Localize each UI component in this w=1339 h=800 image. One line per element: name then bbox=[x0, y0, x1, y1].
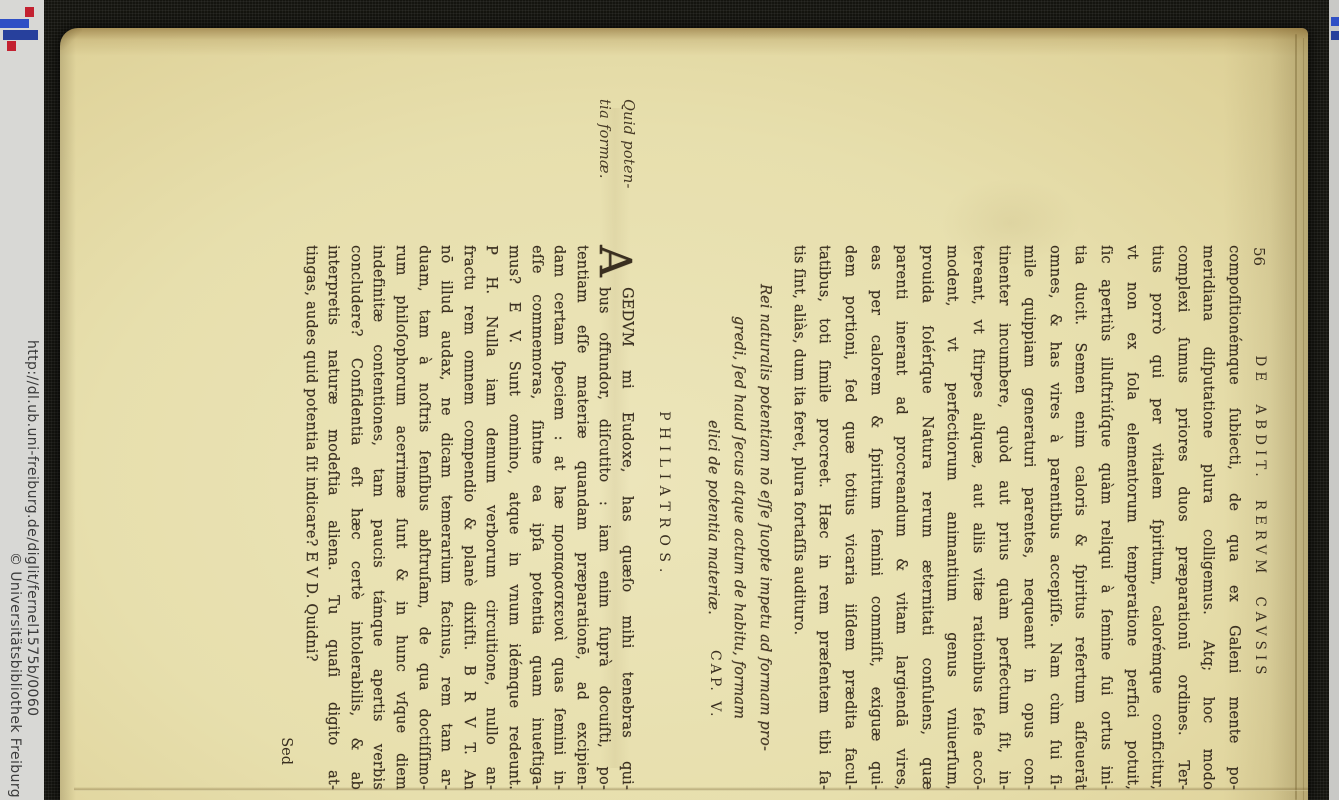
catchword: Sed bbox=[278, 245, 294, 765]
text-line: dem portioni, ſed quæ totius vicaria iiſ… bbox=[837, 245, 863, 790]
watermark-url: http://dl.ub.uni-freiburg.de/diglit/fern… bbox=[23, 340, 40, 798]
text-line: tia formæ. bbox=[592, 99, 616, 239]
text-line: prouida ſolérſque Natura rerum æternitat… bbox=[913, 245, 939, 790]
book-page: Quid poten-tia formæ. 56 DE ABDIT. RERVM… bbox=[60, 28, 1308, 800]
text-line: eſſe commemoras, ſintne ea ipſa potentia… bbox=[525, 245, 548, 790]
text-line: nō illud audax, ne dicam temerarium faci… bbox=[435, 245, 458, 790]
page-stack-edge bbox=[1303, 38, 1304, 800]
scanned-book-screenshot: http://dl.ub.uni-freiburg.de/diglit/fern… bbox=[0, 0, 1339, 800]
chapter-label: CAP. V. bbox=[707, 650, 723, 719]
text-line: indefinitæ contentiones, tam paucis támq… bbox=[367, 245, 390, 790]
text-line: bus offundor, diſcutito : iam enim ſuprà… bbox=[593, 245, 616, 790]
text-line: tentiam eſſe materiæ quandam præparation… bbox=[570, 245, 593, 790]
speaker-heading: PHILIATROS. bbox=[656, 245, 672, 745]
color-calibration-mark-blue-right1 bbox=[1331, 17, 1339, 26]
margin-note: Quid poten-tia formæ. bbox=[592, 99, 640, 239]
running-title: DE ABDIT. RERVM CAVSIS bbox=[1252, 245, 1268, 790]
watermark-copyright: © Universitätsbibliothek Freiburg bbox=[6, 552, 23, 798]
text-line: Rei naturalis potentiam nō eſſe ſuopte i… bbox=[752, 245, 778, 790]
paragraph-chapter5: GEDVM mi Eudoxe, has quæſo mihi tenebras… bbox=[299, 245, 638, 790]
text-line: mus? E V. Sunt omnino, atque in vnum idé… bbox=[502, 245, 525, 790]
paragraph-chapter4-end: compoſitionémque ſubiecti, de qua ex Gal… bbox=[785, 245, 1246, 790]
color-calibration-mark-blue-right2 bbox=[1331, 31, 1339, 40]
text-line: tereant, vt ſtirpes aliquæ, aut aliis vi… bbox=[964, 245, 990, 790]
text-line: tius porrò qui per vitalem ſpiritum, cal… bbox=[1144, 245, 1170, 790]
text-line: tatibus, toti ſimile procreet. Hæc in re… bbox=[811, 245, 837, 790]
page-corner-fold bbox=[60, 28, 82, 50]
text-line: eas per calorem & ſpiritum ſemini commiſ… bbox=[862, 245, 888, 790]
page-content-portrait: Quid poten-tia formæ. 56 DE ABDIT. RERVM… bbox=[270, 95, 1270, 795]
color-calibration-mark-red-top bbox=[25, 7, 34, 17]
color-calibration-mark-blue-bar2 bbox=[3, 30, 38, 40]
page-stack-edge bbox=[1295, 34, 1297, 800]
digitization-watermark: http://dl.ub.uni-freiburg.de/diglit/fern… bbox=[6, 340, 40, 798]
text-line: modent, vt perfectiorum animantium genus… bbox=[939, 245, 965, 790]
text-line: parenti inerant ad procreandum & vitam l… bbox=[888, 245, 914, 790]
page-header: 56 DE ABDIT. RERVM CAVSIS bbox=[1248, 245, 1268, 790]
text-line: tingas, audes quid potentia ſit indicare… bbox=[299, 245, 322, 790]
text-line: tia ducit. Semen enim caloris & ſpiritus… bbox=[1067, 245, 1093, 790]
text-line: duam, tam à noſtris ſenſibus abſtruſam, … bbox=[412, 245, 435, 790]
text-line: Quid poten- bbox=[616, 99, 640, 239]
text-line: interpretis naturæ modeſtia aliena. Tu q… bbox=[322, 245, 345, 790]
text-line: dam certam ſpeciem : at hæ προπαρασκευαὶ… bbox=[548, 245, 571, 790]
text-line: meridiana diſputatione plura colligemus.… bbox=[1195, 245, 1221, 790]
text-line: gredi, ſed haud ſecus atque actum de hab… bbox=[726, 245, 752, 790]
text-line: tis ſint, aliàs, dum ita feret, plura fo… bbox=[785, 245, 811, 790]
text-line: fractu rem omnem compendio & planè dixiſ… bbox=[457, 245, 480, 790]
text-line: GEDVM mi Eudoxe, has quæſo mihi tenebras… bbox=[615, 245, 638, 790]
text-line: tinenter incumbere, quòd aut prius quàm … bbox=[990, 245, 1016, 790]
text-line: concludere? Confidentia eſt hæc certè in… bbox=[344, 245, 367, 790]
text-line: ſic apertiùs illuſtriúſque quàm reliqui … bbox=[1092, 245, 1118, 790]
chapter-argument: CAP. V. Rei naturalis potentiam nō eſſe … bbox=[700, 245, 778, 790]
text-line: mile quippiam generaturi parentes, neque… bbox=[1016, 245, 1042, 790]
text-line: compoſitionémque ſubiecti, de qua ex Gal… bbox=[1220, 245, 1246, 790]
text-line: complexi ſumus priores duos præparationū… bbox=[1169, 245, 1195, 790]
scanner-strip-right bbox=[1329, 0, 1339, 800]
text-line: vt non ex ſola elementorum temperatione … bbox=[1118, 245, 1144, 790]
color-calibration-mark-blue-bar1 bbox=[0, 19, 29, 28]
color-calibration-mark-red-bottom bbox=[7, 41, 16, 51]
text-line: P H. Nulla iam demum verborum circuition… bbox=[480, 245, 503, 790]
page-number: 56 bbox=[1250, 247, 1268, 266]
text-line: omnes, & has vires à parentibus accepiſſ… bbox=[1041, 245, 1067, 790]
scanner-strip-left: http://dl.ub.uni-freiburg.de/diglit/fern… bbox=[0, 0, 44, 800]
text-line: rum philoſophorum acerrimæ ſunt & in hun… bbox=[389, 245, 412, 790]
